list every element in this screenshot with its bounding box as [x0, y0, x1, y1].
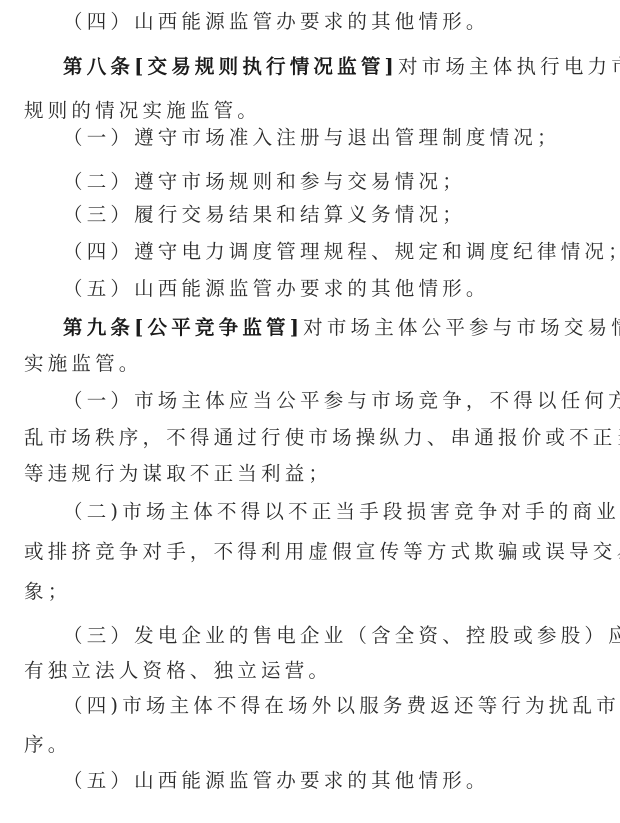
continuation-text: 等违规行为谋取不正当利益；: [24, 462, 332, 485]
article-8-text: 对市场主体执行电力市场: [398, 55, 620, 78]
item-text: （四)市场主体不得在场外以服务费返还等行为扰乱市场秩: [63, 694, 620, 717]
continuation-text: 乱市场秩序，不得通过行使市场操纵力、串通报价或不正当竞争: [24, 426, 620, 449]
continuation-text: 象；: [24, 580, 71, 603]
item-text: （五）山西能源监管办要求的其他情形。: [63, 769, 490, 792]
item-text: （二)市场主体不得以不正当手段损害竞争对手的商业信誉: [63, 500, 620, 523]
continuation-line: 规则的情况实施监管。: [24, 99, 261, 123]
continuation-line: 或排挤竞争对手，不得利用虚假宣传等方式欺骗或误导交易对: [24, 540, 620, 564]
item-text: （二）遵守市场规则和参与交易情况；: [63, 170, 466, 193]
continuation-text: 规则的情况实施监管。: [24, 99, 261, 122]
article-9-heading: 第九条[公平竞争监管]对市场主体公平参与市场交易情况: [63, 316, 620, 340]
article-8-heading: 第八条[交易规则执行情况监管]对市场主体执行电力市场: [63, 55, 620, 79]
item-line: （三）发电企业的售电企业（含全资、控股或参股）应当具: [63, 624, 620, 648]
continuation-text: 序。: [24, 733, 71, 756]
continuation-text: 有独立法人资格、独立运营。: [24, 659, 332, 682]
item-line: （四）遵守电力调度管理规程、规定和调度纪律情况；: [63, 240, 620, 264]
continuation-line: 乱市场秩序，不得通过行使市场操纵力、串通报价或不正当竞争: [24, 426, 620, 450]
item-line: （二）遵守市场规则和参与交易情况；: [63, 170, 466, 194]
continuation-line: 序。: [24, 733, 71, 757]
article-8-title: 第八条[交易规则执行情况监管]: [63, 55, 398, 78]
item-text: （三）履行交易结果和结算义务情况；: [63, 203, 466, 226]
item-text: （三）发电企业的售电企业（含全资、控股或参股）应当具: [63, 624, 620, 647]
item-text: （五）山西能源监管办要求的其他情形。: [63, 277, 490, 300]
item-line: （二)市场主体不得以不正当手段损害竞争对手的商业信誉: [63, 500, 620, 524]
item-text: （四）山西能源监管办要求的其他情形。: [63, 10, 490, 33]
continuation-line: 实施监管。: [24, 352, 143, 376]
continuation-text: 实施监管。: [24, 352, 143, 375]
continuation-line: 有独立法人资格、独立运营。: [24, 659, 332, 683]
item-line: （一）市场主体应当公平参与市场竞争，不得以任何方式扰: [63, 389, 620, 413]
item-line: （三）履行交易结果和结算义务情况；: [63, 203, 466, 227]
article-9-text: 对市场主体公平参与市场交易情况: [303, 316, 620, 339]
continuation-line: 象；: [24, 580, 71, 604]
continuation-line: 等违规行为谋取不正当利益；: [24, 462, 332, 486]
item-text: （一）市场主体应当公平参与市场竞争，不得以任何方式扰: [63, 389, 620, 412]
item-line: （四)市场主体不得在场外以服务费返还等行为扰乱市场秩: [63, 694, 620, 718]
item-text: （四）遵守电力调度管理规程、规定和调度纪律情况；: [63, 240, 620, 263]
continuation-text: 或排挤竞争对手，不得利用虚假宣传等方式欺骗或误导交易对: [24, 540, 620, 563]
document-page: （四）山西能源监管办要求的其他情形。 第八条[交易规则执行情况监管]对市场主体执…: [0, 0, 620, 823]
item-line: （四）山西能源监管办要求的其他情形。: [63, 10, 490, 34]
article-9-title: 第九条[公平竞争监管]: [63, 316, 303, 339]
item-line: （一）遵守市场准入注册与退出管理制度情况；: [63, 126, 561, 150]
item-line: （五）山西能源监管办要求的其他情形。: [63, 769, 490, 793]
item-line: （五）山西能源监管办要求的其他情形。: [63, 277, 490, 301]
item-text: （一）遵守市场准入注册与退出管理制度情况；: [63, 126, 561, 149]
